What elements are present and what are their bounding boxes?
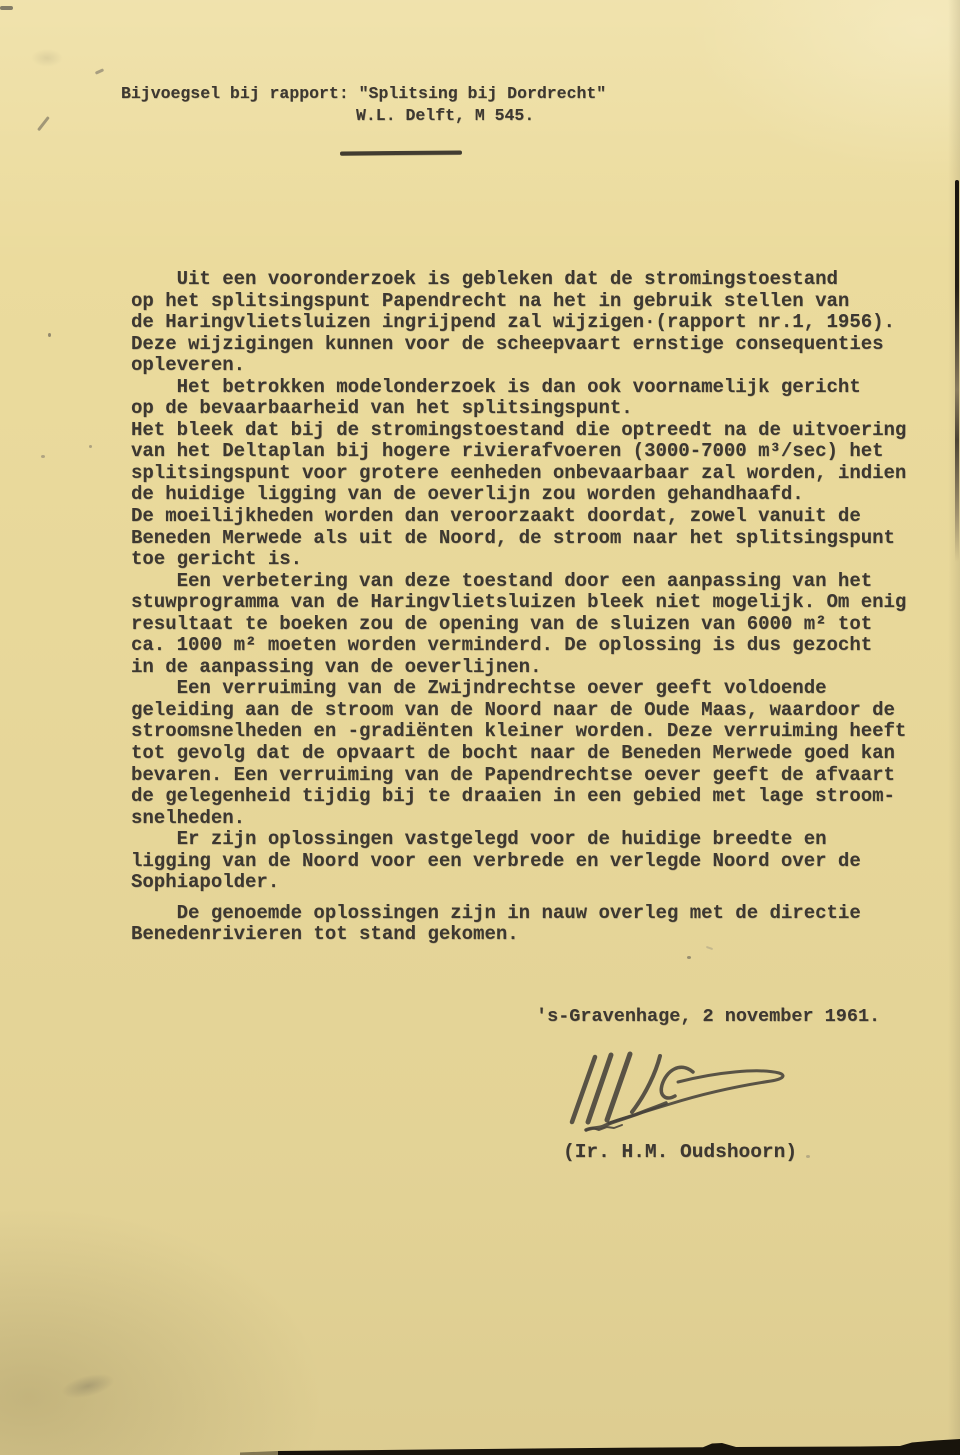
text-line: de gelegenheid tijdig bij te draaien in … bbox=[131, 786, 941, 808]
body-text: Uit een vooronderzoek is gebleken dat de… bbox=[131, 269, 941, 946]
report-reference-title: Bijvoegsel bij rapport: "Splitsing bij D… bbox=[121, 84, 606, 104]
text-line: op het splitsingspunt Papendrecht na het… bbox=[131, 291, 941, 313]
text-line: De genoemde oplossingen zijn in nauw ove… bbox=[131, 903, 941, 925]
text-line: stroomsnelheden en -gradiënten kleiner w… bbox=[131, 721, 941, 743]
text-line: tot gevolg dat de opvaart de bocht naar … bbox=[131, 743, 941, 765]
scan-edge-bottom-shadow bbox=[0, 1430, 960, 1455]
scan-speck bbox=[41, 455, 45, 458]
scan-speck bbox=[48, 333, 51, 337]
text-line: van het Deltaplan bij hogere rivierafvoe… bbox=[131, 441, 941, 463]
text-line: Uit een vooronderzoek is gebleken dat de… bbox=[131, 269, 941, 291]
paper-right-edge-shade bbox=[948, 0, 960, 1455]
scan-smudge bbox=[50, 1364, 127, 1409]
text-line: in de aanpassing van de oeverlijnen. bbox=[131, 657, 941, 679]
text-line: op de bevaarbaarheid van het splitsingsp… bbox=[131, 398, 941, 420]
text-line: Er zijn oplossingen vastgelegd voor de h… bbox=[131, 829, 941, 851]
scan-speck bbox=[706, 946, 713, 950]
text-line: ligging van de Noord voor een verbrede e… bbox=[131, 851, 941, 873]
text-line: splitsingspunt voor grotere eenheden onb… bbox=[131, 463, 941, 485]
text-line: Het betrokken modelonderzoek is dan ook … bbox=[131, 377, 941, 399]
text-line: geleiding aan de stroom van de Noord naa… bbox=[131, 700, 941, 722]
text-line: Een verbetering van deze toestand door e… bbox=[131, 571, 941, 593]
text-line: Benedenrivieren tot stand gekomen. bbox=[131, 924, 941, 946]
text-line: bevaren. Een verruiming van de Papendrec… bbox=[131, 765, 941, 787]
text-line: Sophiapolder. bbox=[131, 872, 941, 894]
text-line: Een verruiming van de Zwijndrechtse oeve… bbox=[131, 678, 941, 700]
text-line: De moeilijkheden worden dan veroorzaakt … bbox=[131, 506, 941, 528]
scan-mark-tick bbox=[95, 68, 104, 75]
text-line: Deze wijzigingen kunnen voor de scheepva… bbox=[131, 334, 941, 356]
scan-speck bbox=[687, 956, 691, 959]
text-line: resultaat te boeken zou de opening van d… bbox=[131, 614, 941, 636]
date-line: 's-Gravenhage, 2 november 1961. bbox=[536, 1006, 880, 1028]
text-line: toe gericht is. bbox=[131, 549, 941, 571]
text-line: Beneden Merwede als uit de Noord, de str… bbox=[131, 528, 941, 550]
document-page: Bijvoegsel bij rapport: "Splitsing bij D… bbox=[0, 0, 960, 1455]
scan-smudge bbox=[26, 46, 68, 70]
text-line: de Haringvlietsluizen ingrijpend zal wij… bbox=[131, 312, 941, 334]
scan-speck bbox=[89, 445, 92, 448]
text-line: snelheden. bbox=[131, 808, 941, 830]
paper-right-edge-line bbox=[955, 180, 959, 562]
text-line: de huidige ligging van de oeverlijn zou … bbox=[131, 484, 941, 506]
scan-mark-top-left-dash bbox=[0, 6, 13, 10]
text-line: stuwprogramma van de Haringvlietsluizen … bbox=[131, 592, 941, 614]
text-line: ca. 1000 m² moeten worden verminderd. De… bbox=[131, 635, 941, 657]
signatory-name: (Ir. H.M. Oudshoorn) bbox=[563, 1141, 797, 1164]
scan-mark-pencil-stroke bbox=[37, 116, 49, 131]
scan-speck bbox=[806, 1155, 810, 1158]
divider-rule bbox=[340, 150, 462, 155]
text-line: Het bleek dat bij de stromingstoestand d… bbox=[131, 420, 941, 442]
report-code: W.L. Delft, M 545. bbox=[356, 106, 534, 126]
text-line: opleveren. bbox=[131, 355, 941, 377]
signature bbox=[552, 1048, 796, 1146]
